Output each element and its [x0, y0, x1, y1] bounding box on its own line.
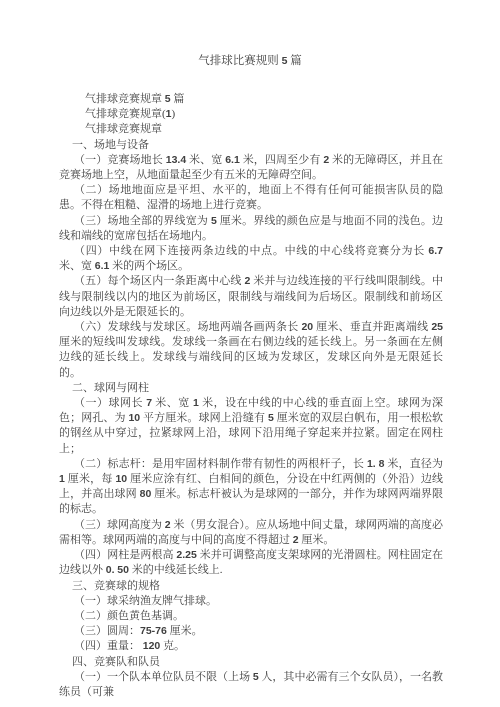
intro-line: 气排球竞赛规章 5 篇 — [59, 92, 443, 107]
paragraph: （一）竞赛场地长 13.4 米、宽 6.1 米，四周至少有 2 米的无障碍区，并… — [59, 153, 443, 183]
document-title: 气排球比赛规则 5 篇 — [0, 0, 500, 69]
paragraph: （四）网柱是两根高 2.25 米并可调整高度支架球网的光滑圆柱。网柱固定在边线以… — [59, 548, 443, 578]
sections-container: 一、场地与设备 （一）竞赛场地长 13.4 米、宽 6.1 米，四周至少有 2 … — [59, 138, 443, 701]
paragraph: （三）圆周：75-76 厘米。 — [59, 624, 443, 639]
paragraph: （三）场地全部的界线宽为 5 厘米。界线的颜色应是与地面不同的浅色。边线和端线的… — [59, 214, 443, 244]
document-page: 气排球比赛规则 5 篇 气排球竞赛规章 5 篇 气排球竞赛规章(1) 气排球竞赛… — [0, 0, 500, 707]
paragraph: （四）中线在网下连接两条边线的中点。中线的中心线将竞赛分为长 6.7 米、宽 6… — [59, 244, 443, 274]
section-heading: 一、场地与设备 — [59, 138, 443, 153]
paragraph: （二）颜色黄色基调。 — [59, 609, 443, 624]
paragraph: （一）一个队本单位队员不限（上场 5 人，其中必需有三个女队员），一名教练员（可… — [59, 670, 443, 700]
paragraph: （一）球采纳渔友牌气排球。 — [59, 594, 443, 609]
section-heading: 二、球网与网柱 — [59, 381, 443, 396]
paragraph: （一）球网长 7 米、宽 1 米，设在中线的中心线的垂直面上空。球网为深色；网孔… — [59, 396, 443, 457]
intro-block: 气排球竞赛规章 5 篇 气排球竞赛规章(1) 气排球竞赛规章 — [59, 92, 443, 138]
document-section: 二、球网与网柱 （一）球网长 7 米、宽 1 米，设在中线的中心线的垂直面上空。… — [59, 381, 443, 579]
paragraph: （六）发球线与发球区。场地两端各画两条长 20 厘米、垂直并距离端线 25 厘米… — [59, 320, 443, 381]
paragraph: （三）球网高度为 2 米（男女混合）。应从场地中间丈量，球网两端的高度必需相等。… — [59, 518, 443, 548]
intro-line: 气排球竞赛规章 — [59, 122, 443, 137]
section-heading: 四、竞赛队和队员 — [59, 655, 443, 670]
paragraph: （四）重量： 120 克。 — [59, 639, 443, 654]
section-heading: 三、竞赛球的规格 — [59, 579, 443, 594]
document-body: 气排球竞赛规章 5 篇 气排球竞赛规章(1) 气排球竞赛规章 一、场地与设备 （… — [59, 92, 443, 700]
paragraph: （二）场地地面应是平坦、水平的，地面上不得有任何可能损害队员的隐患。不得在粗糙、… — [59, 183, 443, 213]
paragraph: （二）标志杆：是用牢固材料制作带有韧性的两根杆子，长 1. 8 米，直径为 1 … — [59, 457, 443, 518]
document-section: 三、竞赛球的规格 （一）球采纳渔友牌气排球。 （二）颜色黄色基调。 （三）圆周：… — [59, 579, 443, 655]
document-section: 四、竞赛队和队员 （一）一个队本单位队员不限（上场 5 人，其中必需有三个女队员… — [59, 655, 443, 701]
intro-line: 气排球竞赛规章(1) — [59, 107, 443, 122]
document-section: 一、场地与设备 （一）竞赛场地长 13.4 米、宽 6.1 米，四周至少有 2 … — [59, 138, 443, 381]
paragraph: （五）每个场区内一条距离中心线 2 米并与边线连接的平行线叫限制线。中线与限制线… — [59, 274, 443, 320]
